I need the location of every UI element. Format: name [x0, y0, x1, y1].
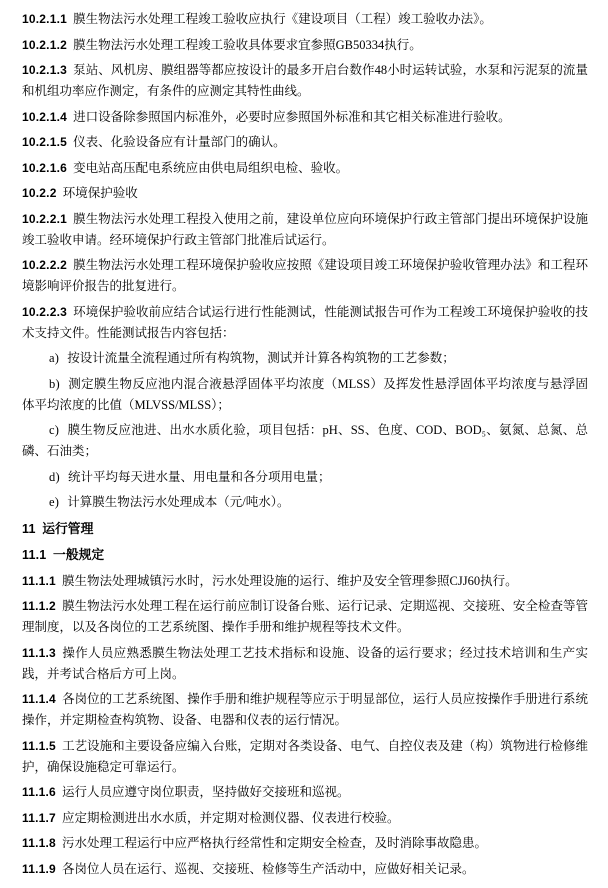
clause-text: 膜生物法污水处理工程竣工验收应执行《建设项目（工程）竣工验收办法》。	[73, 12, 492, 26]
clause-number: 11.1.4	[22, 692, 56, 706]
clause-number: 11.1.7	[22, 811, 56, 825]
clause-paragraph: 11.1.5 工艺设施和主要设备应编入台账，定期对各类设备、电气、自控仪表及建（…	[22, 736, 588, 778]
clause-text: 污水处理工程运行中应严格执行经常性和定期安全检查，及时消除事故隐患。	[62, 836, 487, 850]
clause-text: 进口设备除参照国内标准外，必要时应参照国外标准和其它相关标准进行验收。	[73, 110, 511, 124]
clause-text: 膜生物法污水处理工程在运行前应制订设备台账、运行记录、定期巡视、交接班、安全检查…	[22, 599, 588, 634]
clause-text: 按设计流量全流程通过所有构筑物，测试并计算各构筑物的工艺参数；	[67, 351, 455, 365]
clause-number: 11.1.9	[22, 862, 56, 876]
heading-text: 运行管理	[42, 521, 93, 536]
clause-number: 10.2.1.2	[22, 38, 67, 52]
clause-paragraph: 11.1.3 操作人员应熟悉膜生物法处理工艺技术指标和设施、设备的运行要求；经过…	[22, 643, 588, 685]
clause-paragraph: 10.2.1.5 仪表、化验设备应有计量部门的确认。	[22, 132, 588, 153]
clause-number: 10.2.1.6	[22, 161, 67, 175]
clause-number: 11.1	[22, 548, 46, 562]
clause-number: 11	[22, 522, 36, 536]
clause-text: 各岗位人员在运行、巡视、交接班、检修等生产活动中，应做好相关记录。	[62, 862, 475, 876]
clause-paragraph: 10.2.2.2 膜生物法污水处理工程环境保护验收应按照《建设项目竣工环境保护验…	[22, 255, 588, 297]
clause-text: 工艺设施和主要设备应编入台账，定期对各类设备、电气、自控仪表及建（构）筑物进行检…	[22, 739, 588, 774]
clause-number: 10.2.1.1	[22, 12, 67, 26]
clause-text: 运行人员应遵守岗位职责，坚持做好交接班和巡视。	[62, 785, 350, 799]
clause-paragraph: 11.1.7 应定期检测进出水水质，并定期对检测仪器、仪表进行校验。	[22, 808, 588, 829]
clause-paragraph: 10.2.2.3 环境保护验收前应结合试运行进行性能测试，性能测试报告可作为工程…	[22, 302, 588, 344]
clause-number: 10.2.2.3	[22, 305, 67, 319]
clause-text: 计算膜生物法污水处理成本（元/吨水）。	[67, 495, 289, 509]
list-item: d) 统计平均每天进水量、用电量和各分项用电量；	[22, 467, 588, 488]
clause-paragraph: 11.1.8 污水处理工程运行中应严格执行经常性和定期安全检查，及时消除事故隐患…	[22, 833, 588, 854]
clause-text: 膜生物法处理城镇污水时，污水处理设施的运行、维护及安全管理参照CJJ60执行。	[62, 574, 518, 588]
clause-number: 11.1.6	[22, 785, 56, 799]
clause-paragraph: 10.2.2 环境保护验收	[22, 183, 588, 204]
clause-text: 应定期检测进出水水质，并定期对检测仪器、仪表进行校验。	[62, 811, 400, 825]
clause-number: 11.1.2	[22, 599, 56, 613]
clause-paragraph: 10.2.1.2 膜生物法污水处理工程竣工验收具体要求宜参照GB50334执行。	[22, 35, 588, 56]
clause-paragraph: 10.2.1.4 进口设备除参照国内标准外，必要时应参照国外标准和其它相关标准进…	[22, 107, 588, 128]
clause-number: 11.1.8	[22, 836, 56, 850]
heading-text: 一般规定	[53, 547, 104, 562]
clause-number: 11.1.5	[22, 739, 56, 753]
clause-text: 环境保护验收前应结合试运行进行性能测试，性能测试报告可作为工程竣工环境保护验收的…	[22, 305, 588, 340]
clause-paragraph: 10.2.1.6 变电站高压配电系统应由供电局组织电检、验收。	[22, 158, 588, 179]
clause-paragraph: 11.1.2 膜生物法污水处理工程在运行前应制订设备台账、运行记录、定期巡视、交…	[22, 596, 588, 638]
item-letter: d)	[49, 470, 60, 484]
clause-paragraph: 11.1.6 运行人员应遵守岗位职责，坚持做好交接班和巡视。	[22, 782, 588, 803]
item-letter: e)	[49, 495, 59, 509]
clause-text: 膜生物反应池进、出水水质化验，项目包括：pH、SS、色度、COD、BOD₅、氨氮…	[22, 423, 588, 458]
clause-text: 测定膜生物反应池内混合液悬浮固体平均浓度（MLSS）及挥发性悬浮固体平均浓度与悬…	[22, 377, 588, 412]
document-body: 10.2.1.1 膜生物法污水处理工程竣工验收应执行《建设项目（工程）竣工验收办…	[22, 9, 588, 880]
clause-text: 仪表、化验设备应有计量部门的确认。	[73, 135, 286, 149]
list-item: c) 膜生物反应池进、出水水质化验，项目包括：pH、SS、色度、COD、BOD₅…	[22, 420, 588, 462]
clause-number: 10.2.2.2	[22, 258, 67, 272]
clause-text: 膜生物法污水处理工程投入使用之前，建设单位应向环境保护行政主管部门提出环境保护设…	[22, 212, 588, 247]
clause-number: 10.2.2.1	[22, 212, 67, 226]
section-heading: 11 运行管理	[22, 518, 588, 540]
clause-text: 环境保护验收	[63, 186, 138, 200]
clause-paragraph: 10.2.2.1 膜生物法污水处理工程投入使用之前，建设单位应向环境保护行政主管…	[22, 209, 588, 251]
clause-text: 变电站高压配电系统应由供电局组织电检、验收。	[73, 161, 348, 175]
clause-paragraph: 11.1.1 膜生物法处理城镇污水时，污水处理设施的运行、维护及安全管理参照CJ…	[22, 571, 588, 592]
clause-text: 统计平均每天进水量、用电量和各分项用电量；	[68, 470, 331, 484]
clause-text: 膜生物法污水处理工程环境保护验收应按照《建设项目竣工环境保护验收管理办法》和工程…	[22, 258, 588, 293]
list-item: e) 计算膜生物法污水处理成本（元/吨水）。	[22, 492, 588, 513]
clause-number: 10.2.1.3	[22, 63, 67, 77]
item-letter: b)	[49, 377, 60, 391]
clause-text: 各岗位的工艺系统图、操作手册和维护规程等应示于明显部位，运行人员应按操作手册进行…	[22, 692, 588, 727]
clause-paragraph: 10.2.1.3 泵站、风机房、膜组器等都应按设计的最多开启台数作48小时运转试…	[22, 60, 588, 102]
clause-paragraph: 10.2.1.1 膜生物法污水处理工程竣工验收应执行《建设项目（工程）竣工验收办…	[22, 9, 588, 30]
item-letter: c)	[49, 423, 59, 437]
document-page: 10.2.1.1 膜生物法污水处理工程竣工验收应执行《建设项目（工程）竣工验收办…	[0, 0, 608, 888]
list-item: b) 测定膜生物反应池内混合液悬浮固体平均浓度（MLSS）及挥发性悬浮固体平均浓…	[22, 374, 588, 416]
clause-paragraph: 11.1.4 各岗位的工艺系统图、操作手册和维护规程等应示于明显部位，运行人员应…	[22, 689, 588, 731]
section-heading: 11.1 一般规定	[22, 544, 588, 566]
item-letter: a)	[49, 351, 59, 365]
clause-text: 操作人员应熟悉膜生物法处理工艺技术指标和设施、设备的运行要求；经过技术培训和生产…	[22, 646, 588, 681]
clause-number: 11.1.1	[22, 574, 56, 588]
clause-number: 10.2.1.5	[22, 135, 67, 149]
clause-number: 11.1.3	[22, 646, 56, 660]
clause-paragraph: 11.1.9 各岗位人员在运行、巡视、交接班、检修等生产活动中，应做好相关记录。	[22, 859, 588, 880]
clause-text: 泵站、风机房、膜组器等都应按设计的最多开启台数作48小时运转试验，水泵和污泥泵的…	[22, 63, 588, 98]
list-item: a) 按设计流量全流程通过所有构筑物，测试并计算各构筑物的工艺参数；	[22, 348, 588, 369]
clause-number: 10.2.2	[22, 186, 57, 200]
clause-number: 10.2.1.4	[22, 110, 67, 124]
clause-text: 膜生物法污水处理工程竣工验收具体要求宜参照GB50334执行。	[73, 38, 422, 52]
